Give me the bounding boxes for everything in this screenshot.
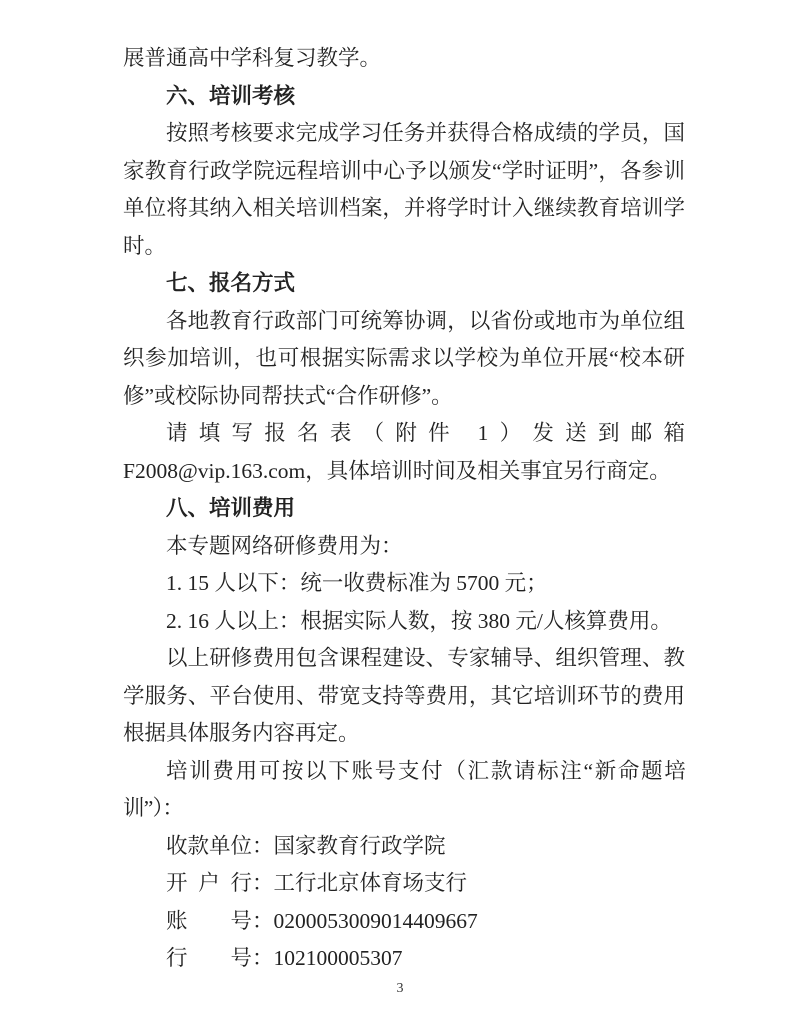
payment-row-account-number: 账号：0200053009014409667 [123, 903, 685, 941]
para-registration-form-email: 请填写报名表（附件 1）发送到邮箱 F2008@vip.163.com，具体培训… [123, 415, 685, 490]
para-assessment: 按照考核要求完成学习任务并获得合格成绩的学员，国家教育行政学院远程培训中心予以颁… [123, 115, 685, 265]
colon-bank: ： [252, 871, 274, 895]
heading-training-assessment: 六、培训考核 [123, 78, 685, 116]
document-content: 展普通高中学科复习教学。 六、培训考核 按照考核要求完成学习任务并获得合格成绩的… [123, 40, 685, 978]
para-overflow-line: 展普通高中学科复习教学。 [123, 40, 685, 78]
payment-row-payee: 收款单位：国家教育行政学院 [123, 828, 685, 866]
payment-value-bank: 工行北京体育场支行 [274, 871, 468, 895]
page-number: 3 [0, 980, 800, 998]
colon-payee: ： [252, 834, 274, 858]
para-payment-note: 培训费用可按以下账号支付（汇款请标注“新命题培训”）： [123, 753, 685, 828]
payment-label-payee: 收款单位 [166, 828, 252, 866]
document-page: 展普通高中学科复习教学。 六、培训考核 按照考核要求完成学习任务并获得合格成绩的… [0, 0, 800, 1028]
heading-registration-method: 七、报名方式 [123, 265, 685, 303]
payment-value-account-number: 0200053009014409667 [274, 909, 478, 933]
payment-row-bank: 开户行：工行北京体育场支行 [123, 865, 685, 903]
heading-training-fee: 八、培训费用 [123, 490, 685, 528]
payment-label-account-number: 账号 [166, 903, 252, 941]
payment-row-bank-code: 行号：102100005307 [123, 940, 685, 978]
para-fee-intro: 本专题网络研修费用为： [123, 528, 685, 566]
payment-label-bank-code: 行号 [166, 940, 252, 978]
para-registration-organization: 各地教育行政部门可统筹协调，以省份或地市为单位组织参加培训，也可根据实际需求以学… [123, 303, 685, 416]
para-fee-includes: 以上研修费用包含课程建设、专家辅导、组织管理、教学服务、平台使用、带宽支持等费用… [123, 640, 685, 753]
para-fee-under-15: 1. 15 人以下：统一收费标准为 5700 元； [123, 565, 685, 603]
para-fee-over-16: 2. 16 人以上：根据实际人数，按 380 元/人核算费用。 [123, 603, 685, 641]
colon-bank-code: ： [252, 946, 274, 970]
colon-account: ： [252, 909, 274, 933]
payment-value-bank-code: 102100005307 [274, 946, 403, 970]
payment-label-bank: 开户行 [166, 865, 252, 903]
payment-value-payee: 国家教育行政学院 [274, 834, 446, 858]
